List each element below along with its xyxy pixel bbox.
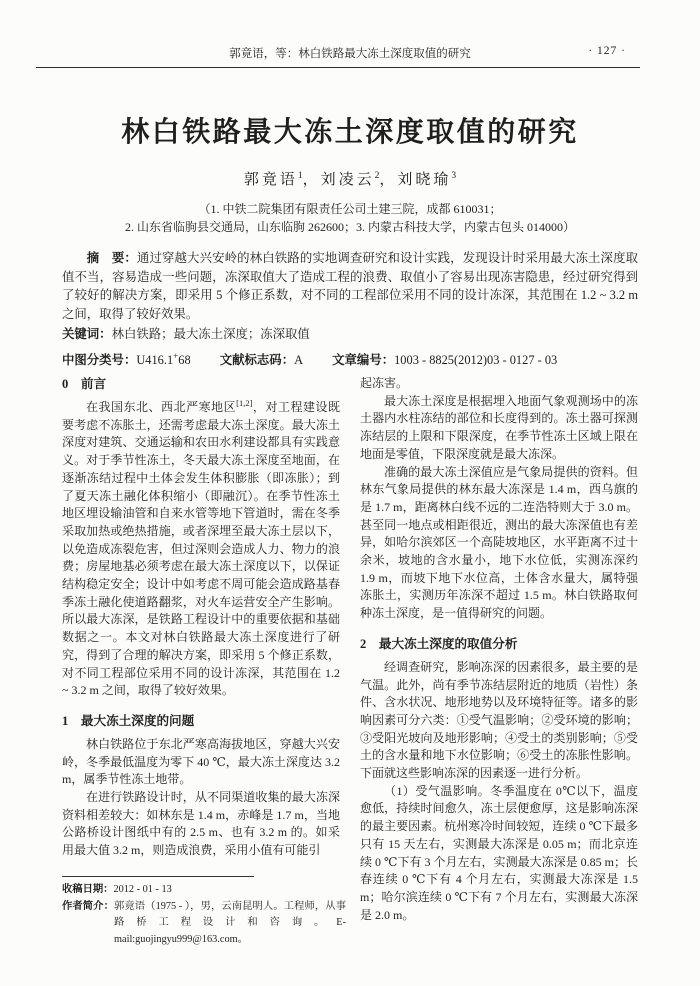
section-heading-2: 2 最大冻土深度的取值分析 xyxy=(360,636,638,653)
paper-title: 林白铁路最大冻土深度取值的研究 xyxy=(0,110,700,150)
article-id-group: 文章编号：1003 - 8825(2012)03 - 0127 - 03 xyxy=(332,353,557,367)
paragraph: 准确的最大冻土深值应是气象局提供的资料。但林东气象局提供的林东最大冻深是 1.4… xyxy=(360,464,638,623)
affiliation-line: 2. 山东省临朐县交通局，山东临朐 262600；3. 内蒙古科技大学，内蒙古包… xyxy=(0,218,700,236)
paragraph: 经调查研究，影响冻深的因素很多，最主要的是气温。此外，尚有季节冻结层附近的地质（… xyxy=(360,659,638,783)
section-heading-1: 1 最大冻土深度的问题 xyxy=(62,713,340,730)
doc-code-value: A xyxy=(294,353,303,367)
author-bio-value: 郭竟语（1975 - ），男，云南昆明人。工程师，从事路桥工程设计和咨询。E-m… xyxy=(114,901,346,945)
author-name: 刘凌云 xyxy=(321,172,375,188)
author-affil-superscript: 3 xyxy=(451,171,456,181)
clc-label: 中图分类号： xyxy=(62,353,136,367)
paragraph: （1）受气温影响。冬季温度在 0℃以下，温度愈低，持续时间愈久，冻土层便愈厚，这… xyxy=(360,783,638,925)
keywords-block: 关键词：林白铁路；最大冻土深度；冻深取值 xyxy=(62,325,638,344)
abstract-text: 通过穿越大兴安岭的林白铁路的实地调查研究和设计实践，发现设计时采用最大冻土深度取… xyxy=(62,251,638,321)
column-left: 0 前言 在我国东北、西北严寒地区[1,2]，对工程建设既要考虑不冻胀土，还需考… xyxy=(62,375,340,924)
article-id-label: 文章编号： xyxy=(332,353,394,367)
paragraph: 在进行铁路设计时，从不同渠道收集的最大冻深资料相差较大：如林东是 1.4 m，赤… xyxy=(62,789,340,860)
footnote-rule xyxy=(62,876,254,877)
affiliation-line: （1. 中铁二院集团有限责任公司土建三院，成都 610031； xyxy=(0,200,700,218)
article-id-value: 1003 - 8825(2012)03 - 0127 - 03 xyxy=(394,353,557,367)
clc-group: 中图分类号：U416.1+68 xyxy=(62,353,191,367)
received-date-label: 收稿日期： xyxy=(62,884,113,895)
section-heading-0: 0 前言 xyxy=(62,376,340,393)
running-head: 郭竟语，等：林白铁路最大冻土深度取值的研究 · 127 · xyxy=(62,45,638,61)
running-title: 郭竟语，等：林白铁路最大冻土深度取值的研究 xyxy=(229,48,471,60)
clc-value: U416.1+68 xyxy=(136,353,190,367)
author-bio-line: 作者简介：郭竟语（1975 - ），男，云南昆明人。工程师，从事路桥工程设计和咨… xyxy=(62,899,346,949)
paper-page: 郭竟语，等：林白铁路最大冻土深度取值的研究 · 127 · 林白铁路最大冻土深度… xyxy=(0,0,700,986)
abstract-label: 摘 要： xyxy=(87,251,137,265)
paragraph-continuation: 起冻害。 xyxy=(360,375,638,393)
received-date-value: 2012 - 01 - 13 xyxy=(113,884,171,895)
header-rule xyxy=(36,67,640,68)
column-right: 起冻害。 最大冻土深度是根据埋入地面气象观测场中的冻土器内水柱冻结的部位和长度得… xyxy=(360,375,638,924)
author-name: 郭竟语 xyxy=(244,172,298,188)
paragraph: 在我国东北、西北严寒地区[1,2]，对工程建设既要考虑不冻胀土，还需考虑最大冻土… xyxy=(62,399,340,700)
paragraph: 最大冻土深度是根据埋入地面气象观测场中的冻土器内水柱冻结的部位和长度得到的。冻土… xyxy=(360,393,638,464)
paragraph: 林白铁路位于东北严寒高海拔地区，穿越大兴安岭，冬季最低温度为零下 40 ℃，最大… xyxy=(62,736,340,789)
body-columns: 0 前言 在我国东北、西北严寒地区[1,2]，对工程建设既要考虑不冻胀土，还需考… xyxy=(62,375,638,924)
page-number: · 127 · xyxy=(588,45,626,57)
author-bio-label: 作者简介： xyxy=(62,901,114,912)
keywords-label: 关键词： xyxy=(62,327,112,341)
keywords-text: 林白铁路；最大冻土深度；冻深取值 xyxy=(112,327,310,341)
doc-code-group: 文献标志码：A xyxy=(220,353,303,367)
doc-code-label: 文献标志码： xyxy=(220,353,294,367)
abstract-block: 摘 要：通过穿越大兴安岭的林白铁路的实地调查研究和设计实践，发现设计时采用最大冻… xyxy=(62,249,638,323)
author-separator: ， xyxy=(379,172,397,188)
meta-row: 中图分类号：U416.1+68 文献标志码：A 文章编号：1003 - 8825… xyxy=(62,347,638,370)
received-date-line: 收稿日期：2012 - 01 - 13 xyxy=(62,882,346,899)
reference-marker: [1,2] xyxy=(236,398,252,408)
author-separator: ， xyxy=(303,172,321,188)
affiliations: （1. 中铁二院集团有限责任公司土建三院，成都 610031； 2. 山东省临朐… xyxy=(0,200,700,236)
authors-line: 郭竟语1，刘凌云2，刘晓瑜3 xyxy=(0,168,700,189)
front-matter: 摘 要：通过穿越大兴安岭的林白铁路的实地调查研究和设计实践，发现设计时采用最大冻… xyxy=(62,249,638,370)
author-name: 刘晓瑜 xyxy=(397,172,451,188)
footnote: 收稿日期：2012 - 01 - 13 作者简介：郭竟语（1975 - ），男，… xyxy=(62,876,346,948)
